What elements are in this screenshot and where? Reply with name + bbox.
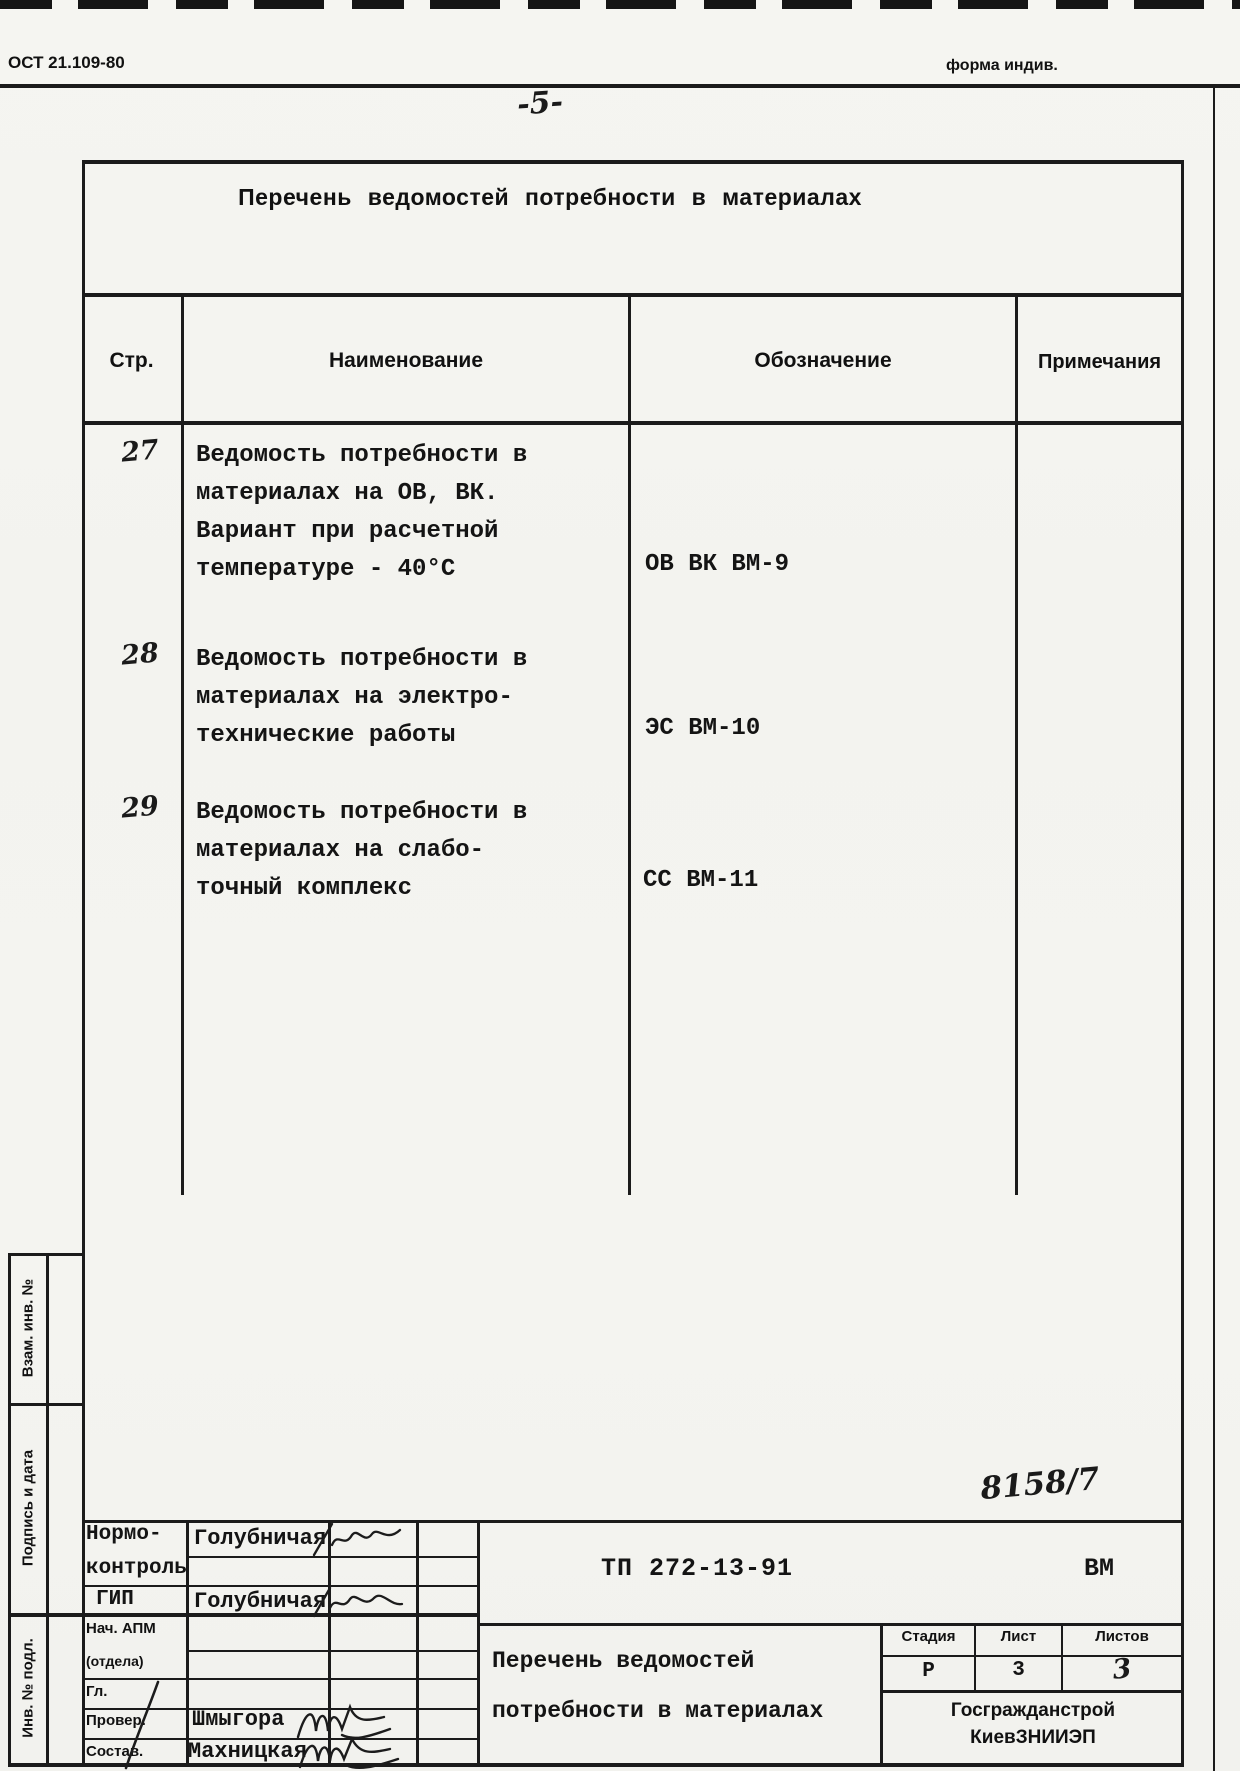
table-top-rule bbox=[82, 293, 1184, 297]
row-designation: ЭС ВМ-10 bbox=[645, 715, 760, 742]
signature-icon bbox=[294, 1731, 409, 1771]
frame-bottom bbox=[8, 1763, 1184, 1767]
stamp-top-rule bbox=[82, 1520, 1184, 1523]
signoff-name: Шмыгора bbox=[192, 1707, 284, 1732]
row-name-line: материалах на слабо- bbox=[196, 832, 527, 870]
row-name-line: материалах на электро- bbox=[196, 679, 527, 717]
sidebar-left-border bbox=[8, 1253, 11, 1763]
doc-number: ТП 272-13-91 bbox=[477, 1554, 917, 1583]
frame-top bbox=[82, 160, 1184, 164]
sheet-value: 3 bbox=[976, 1659, 1061, 1682]
sidebar-top-border bbox=[8, 1253, 85, 1256]
column-header-notes: Примечания bbox=[1018, 351, 1181, 374]
sheet-right-border bbox=[1213, 84, 1215, 1771]
sheets-header: Листов bbox=[1063, 1628, 1181, 1645]
column-divider-name bbox=[628, 293, 631, 1195]
stage-value: Р bbox=[883, 1660, 974, 1683]
form-note: форма индив. bbox=[946, 57, 1058, 75]
organization-line1: Госгражданстрой bbox=[883, 1700, 1183, 1722]
role-normokontrol-line2: контроль bbox=[86, 1557, 187, 1580]
row-name-line: материалах на ОВ, ВК. bbox=[196, 475, 527, 513]
stage-header: Стадия bbox=[883, 1628, 974, 1645]
document-title: Перечень ведомостей потребности в матери… bbox=[230, 184, 870, 211]
role-otdela: (отдела) bbox=[86, 1653, 144, 1669]
signature-stroke bbox=[118, 1680, 164, 1771]
row-name-line: Ведомость потребности в bbox=[196, 794, 527, 832]
role-normokontrol-line1: Нормо- bbox=[86, 1523, 162, 1546]
row-name-line: Ведомость потребности в bbox=[196, 437, 527, 475]
page-top-edge bbox=[0, 0, 1240, 9]
row-name-text: Ведомость потребности в материалах на сл… bbox=[196, 794, 527, 908]
sidebar-label-podpis: Подпись и дата bbox=[20, 1450, 37, 1566]
row-designation: ОВ ВК ВМ-9 bbox=[645, 551, 789, 578]
row-name-line: температуре - 40°С bbox=[196, 551, 527, 589]
organization-line2: КиевЗНИИЭП bbox=[883, 1727, 1183, 1749]
row-page-number: 28 bbox=[109, 636, 171, 672]
row-page-number: 29 bbox=[109, 789, 171, 825]
row-name-text: Ведомость потребности в материалах на ОВ… bbox=[196, 437, 527, 589]
column-header-page: Стр. bbox=[82, 349, 181, 373]
stamp-col-divider bbox=[416, 1520, 419, 1763]
role-gl: Гл. bbox=[86, 1683, 107, 1700]
column-divider-page bbox=[181, 293, 184, 1195]
row-name-line: Вариант при расчетной bbox=[196, 513, 527, 551]
signature-icon bbox=[306, 1586, 408, 1618]
sidebar-cell-divider bbox=[8, 1403, 85, 1406]
stamp-title-line1: Перечень ведомостей bbox=[492, 1648, 754, 1674]
column-header-name: Наименование bbox=[184, 349, 628, 373]
column-divider-designation bbox=[1015, 293, 1018, 1195]
stamp-rule bbox=[880, 1690, 1184, 1693]
role-gip: ГИП bbox=[96, 1588, 134, 1611]
page-number: -5- bbox=[499, 83, 581, 123]
row-page-number: 27 bbox=[109, 433, 171, 469]
column-header-designation: Обозначение bbox=[631, 349, 1015, 373]
row-name-line: технические работы bbox=[196, 717, 527, 755]
sheet-header: Лист bbox=[976, 1628, 1061, 1645]
inventory-number: 8158/7 bbox=[954, 1459, 1126, 1510]
signoff-name: Махницкая bbox=[188, 1739, 307, 1764]
table-header-rule bbox=[82, 421, 1184, 425]
row-name-line: Ведомость потребности в bbox=[196, 641, 527, 679]
sidebar-label-vzam: Взам. инв. № bbox=[20, 1279, 37, 1377]
sidebar-label-inv: Инв. № подл. bbox=[20, 1638, 37, 1738]
standard-number: ОСТ 21.109-80 bbox=[8, 53, 125, 73]
sidebar-inner-border bbox=[46, 1253, 49, 1763]
stamp-rule bbox=[186, 1650, 477, 1652]
row-name-line: точный комплекс bbox=[196, 870, 527, 908]
doc-mark: ВМ bbox=[1015, 1554, 1183, 1583]
scanned-document-page: ОСТ 21.109-80 форма индив. -5- Перечень … bbox=[0, 0, 1240, 1771]
stamp-rule bbox=[477, 1623, 1184, 1626]
row-designation: СС ВМ-11 bbox=[643, 867, 758, 894]
stamp-title-line2: потребности в материалах bbox=[492, 1698, 823, 1724]
header-rule bbox=[0, 84, 1240, 88]
row-name-text: Ведомость потребности в материалах на эл… bbox=[196, 641, 527, 755]
signature-icon bbox=[306, 1521, 408, 1557]
role-nach-apm: Нач. АПМ bbox=[86, 1620, 156, 1637]
